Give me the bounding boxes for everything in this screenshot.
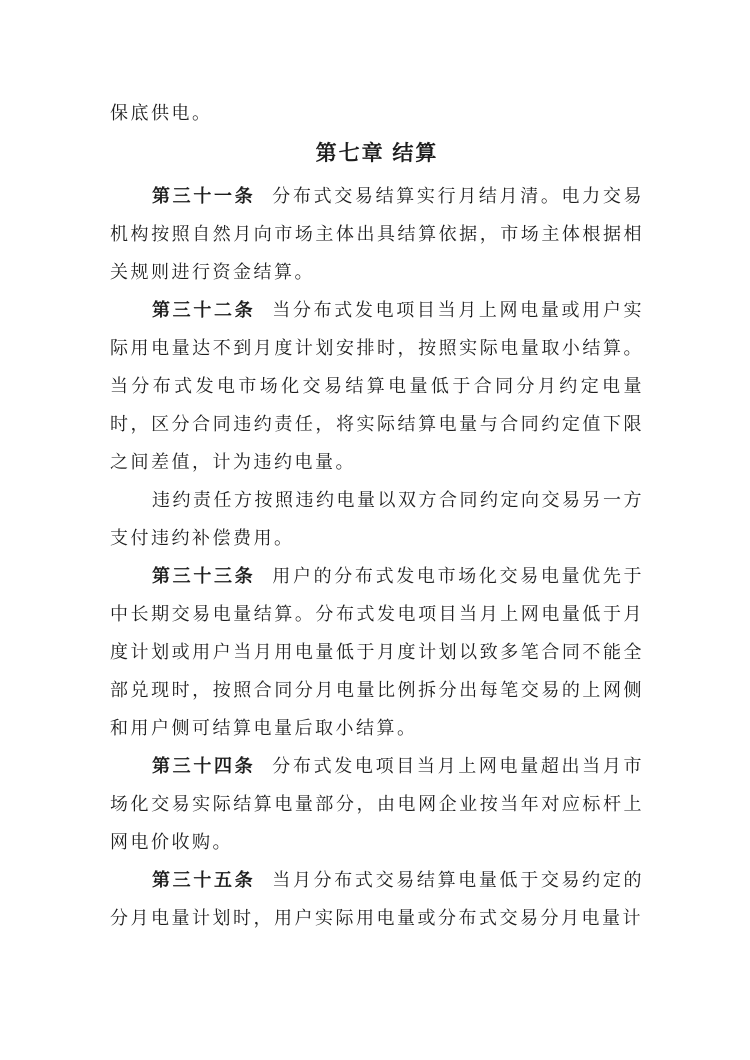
article-31-paragraph: 第三十一条分布式交易结算实行月结月清。电力交易机构按照自然月向市场主体出具结算依…	[110, 177, 644, 291]
article-35-number: 第三十五条	[152, 870, 255, 890]
article-33-body: 用户的分布式发电市场化交易电量优先于中长期交易电量结算。分布式发电项目当月上网电…	[110, 566, 644, 738]
article-32-body-extra: 违约责任方按照违约电量以双方合同约定向交易另一方支付违约补偿费用。	[110, 490, 644, 548]
article-34-number: 第三十四条	[152, 756, 255, 776]
article-32-paragraph: 第三十二条当分布式发电项目当月上网电量或用户实际用电量达不到月度计划安排时，按照…	[110, 291, 644, 481]
article-35-paragraph: 第三十五条当月分布式交易结算电量低于交易约定的分月电量计划时，用户实际用电量或分…	[110, 861, 644, 937]
article-34-paragraph: 第三十四条分布式发电项目当月上网电量超出当月市场化交易实际结算电量部分，由电网企…	[110, 747, 644, 861]
continuation-paragraph: 保底供电。	[110, 94, 644, 132]
article-31-number: 第三十一条	[152, 186, 255, 206]
article-32-number: 第三十二条	[152, 300, 255, 320]
document-page: 保底供电。 第七章 结算 第三十一条分布式交易结算实行月结月清。电力交易机构按照…	[0, 0, 750, 1060]
article-32-paragraph-2: 违约责任方按照违约电量以双方合同约定向交易另一方支付违约补偿费用。	[110, 481, 644, 557]
chapter-heading: 第七章 结算	[110, 135, 644, 173]
article-32-body: 当分布式发电项目当月上网电量或用户实际用电量达不到月度计划安排时，按照实际电量取…	[110, 300, 644, 472]
article-33-number: 第三十三条	[152, 566, 255, 586]
article-33-paragraph: 第三十三条用户的分布式发电市场化交易电量优先于中长期交易电量结算。分布式发电项目…	[110, 557, 644, 747]
